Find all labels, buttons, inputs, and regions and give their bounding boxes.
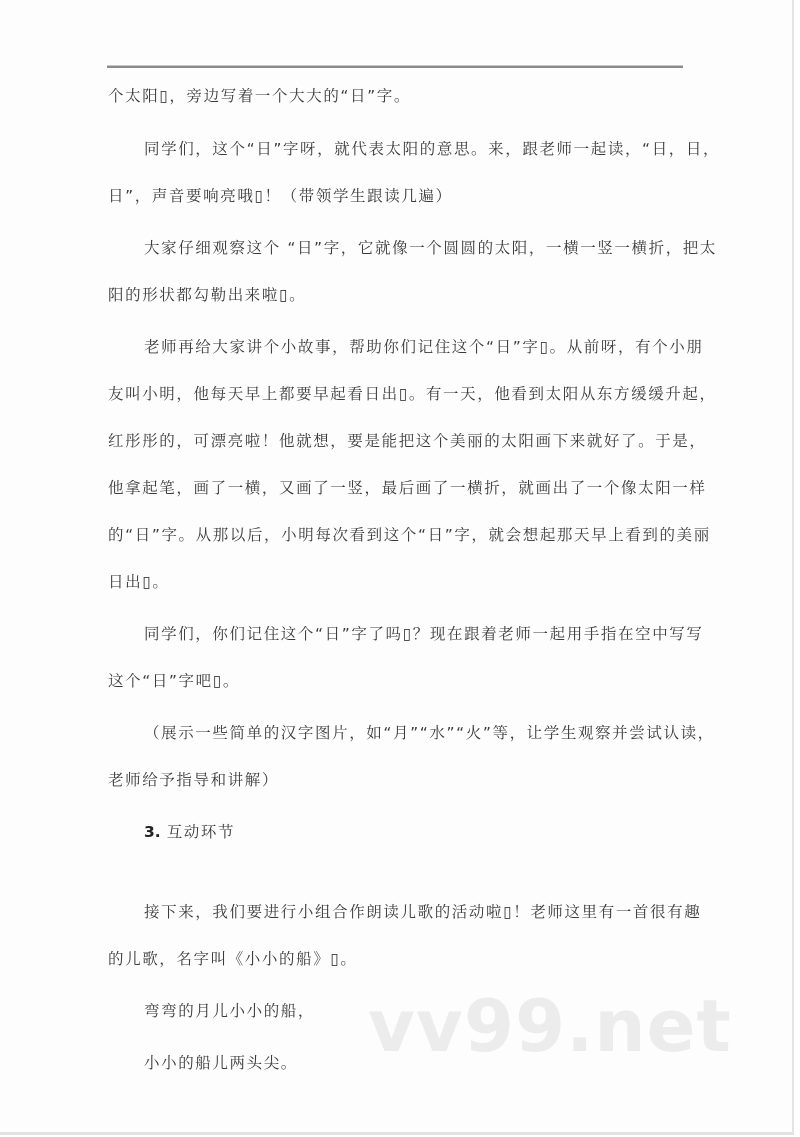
paragraph-line: 友叫小明，他每天早上都要早起看日出▯。有一天，他看到太阳从东方缓缓升起， <box>108 384 717 404</box>
paragraph-line: 接下来，我们要进行小组合作朗读儿歌的活动啦▯！老师这里有一首很有趣 <box>144 902 701 922</box>
paragraph-line: 老师给予指导和讲解） <box>108 770 279 790</box>
header-rule-divider <box>107 65 683 68</box>
document-page: 个太阳▯，旁边写着一个大大的“日”字。 同学们，这个“日”字呀，就代表太阳的意思… <box>0 0 794 1135</box>
paragraph-line: 同学们，你们记住这个“日”字了吗▯？现在跟着老师一起用手指在空中写写 <box>144 624 704 644</box>
paragraph-line: 这个“日”字吧▯。 <box>108 671 240 691</box>
poem-line: 小小的船儿两头尖。 <box>144 1053 298 1073</box>
section-heading-title: 互动环节 <box>167 823 235 841</box>
paragraph-line: 大家仔细观察这个 “日”字，它就像一个圆圆的太阳，一横一竖一横折，把太 <box>144 238 717 258</box>
paragraph-line: 的“日”字。从那以后，小明每次看到这个“日”字，就会想起那天早上看到的美丽 <box>108 525 711 545</box>
section-heading: 3.互动环节 <box>144 822 235 842</box>
poem-line: 弯弯的月儿小小的船， <box>144 1001 315 1021</box>
paragraph-line: 老师再给大家讲个小故事，帮助你们记住这个“日”字▯。从前呀，有个小朋 <box>144 337 704 357</box>
paragraph-line: 同学们，这个“日”字呀，就代表太阳的意思。来，跟老师一起读，“日，日， <box>144 139 720 159</box>
paragraph-line: 日”，声音要响亮哦▯！（带领学生跟读几遍） <box>108 186 453 206</box>
paragraph-line: 的儿歌，名字叫《小小的船》▯。 <box>108 949 358 969</box>
section-heading-number: 3. <box>144 823 161 841</box>
paragraph-line: 阳的形状都勾勒出来啦▯。 <box>108 285 306 305</box>
paragraph-line: 个太阳▯，旁边写着一个大大的“日”字。 <box>108 86 411 106</box>
paragraph-line: 红彤彤的，可漂亮啦！他就想，要是能把这个美丽的太阳画下来就好了。于是， <box>108 431 707 451</box>
paragraph-line: （展示一些简单的汉字图片，如“月”“水”“火”等，让学生观察并尝试认读， <box>144 723 715 743</box>
watermark-text: vv99.net <box>368 990 732 1062</box>
paragraph-line: 他拿起笔，画了一横，又画了一竖，最后画了一横折，就画出了一个像太阳一样 <box>108 478 707 498</box>
paragraph-line: 日出▯。 <box>108 572 169 592</box>
